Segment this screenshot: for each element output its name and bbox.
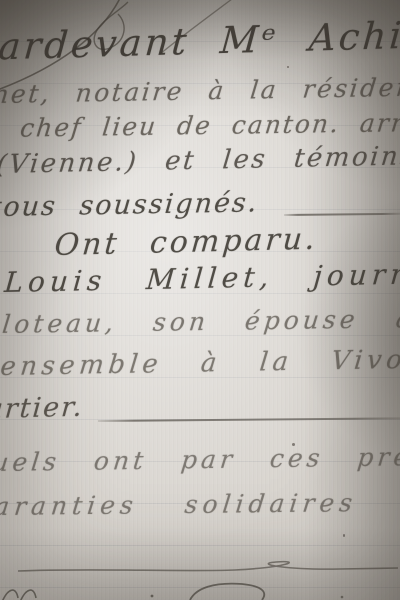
handwritten-line-epouse: lloteau, son épouse qu bbox=[0, 304, 400, 339]
ink-rule bbox=[98, 417, 400, 422]
ink-rule bbox=[284, 213, 400, 216]
handwritten-line-soussignes: tous soussignés. bbox=[0, 187, 260, 223]
ink-speck bbox=[343, 534, 345, 537]
handwritten-line-vivonne: ensemble à la Vivonne bbox=[0, 344, 400, 382]
handwritten-line-notaire: net, notaire à la résidence bbox=[0, 72, 400, 109]
ink-speck bbox=[287, 66, 289, 68]
handwritten-line-louis-millet: Louis Millet, journa bbox=[3, 257, 400, 299]
handwritten-line-vienne: (Vienne.) et les témoins bbox=[0, 141, 400, 180]
document-photo: Pardevant Mᵉ Achille net, notaire à la r… bbox=[0, 0, 400, 600]
bottom-cutoff-strokes bbox=[0, 578, 400, 600]
handwritten-line-garanties: aranties solidaires d bbox=[0, 487, 400, 521]
handwritten-line-presentes: uels ont par ces présen bbox=[0, 441, 400, 477]
ink-speck bbox=[292, 443, 295, 446]
handwritten-line-pardevant: Pardevant Mᵉ Achille bbox=[0, 12, 400, 69]
handwritten-line-ont-comparu: Ont comparu. bbox=[53, 222, 319, 264]
handwritten-line-chef-lieu: , chef lieu de canton. arrond bbox=[0, 107, 400, 143]
handwritten-line-artier: artier. bbox=[0, 392, 85, 425]
ink-rule-with-loop bbox=[0, 558, 400, 582]
